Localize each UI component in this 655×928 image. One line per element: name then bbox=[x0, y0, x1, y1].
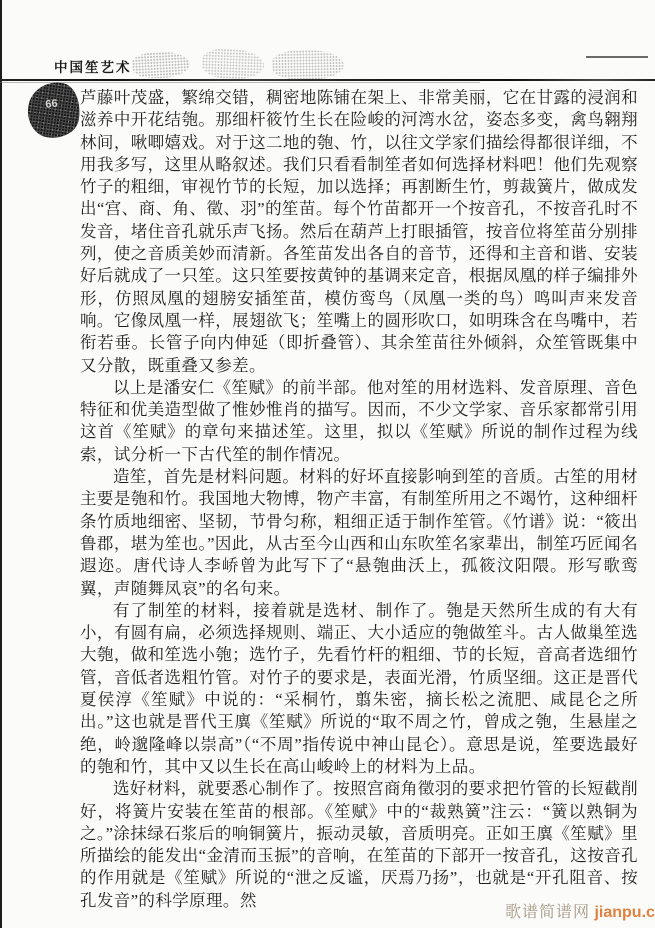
running-head-title: 中国笙艺术 bbox=[54, 56, 132, 76]
scan-artifact-smudge bbox=[131, 51, 190, 80]
page-text: 芦藤叶茂盛，繁绵交错，稠密地陈铺在架上、非常美丽，它在甘露的浸润和滋养中开花结匏… bbox=[80, 87, 638, 912]
paragraph: 造笙，首先是材料问题。材料的好坏直接影响到笙的音质。古笙的用材主要是匏和竹。我国… bbox=[80, 466, 638, 600]
scan-artifact-smudge bbox=[272, 49, 345, 80]
scan-edge-line bbox=[0, 0, 2, 928]
watermark-site-url: jianpu.cn bbox=[594, 904, 655, 921]
watermark-site-name: 歌谱简谱网 bbox=[505, 904, 590, 921]
watermark: 歌谱简谱网 jianpu.cn bbox=[505, 899, 655, 922]
page-number-smudge: 66 bbox=[24, 79, 83, 142]
scan-artifact-dash bbox=[586, 56, 648, 58]
header-rule-shadow bbox=[0, 82, 480, 83]
paragraph: 芦藤叶茂盛，繁绵交错，稠密地陈铺在架上、非常美丽，它在甘露的浸润和滋养中开花结匏… bbox=[80, 87, 638, 377]
paragraph: 以上是潘安仁《笙赋》的前半部。他对笙的用材选料、发音原理、音色特征和优美造型做了… bbox=[80, 377, 638, 466]
header-rule bbox=[0, 79, 655, 81]
page-number: 66 bbox=[45, 98, 58, 111]
paragraph: 选好材料，就要悉心制作了。按照宫商角徵羽的要求把竹管的长短截削好，将簧片安装在笙… bbox=[80, 778, 638, 912]
book-page-scan: 中国笙艺术 66 芦藤叶茂盛，繁绵交错，稠密地陈铺在架上、非常美丽，它在甘露的浸… bbox=[0, 0, 655, 928]
scan-artifact-smudge bbox=[201, 48, 264, 80]
paragraph: 有了制笙的材料，接着就是选材、制作了。匏是天然所生成的有大有小，有圆有扁，必须选… bbox=[80, 600, 638, 778]
